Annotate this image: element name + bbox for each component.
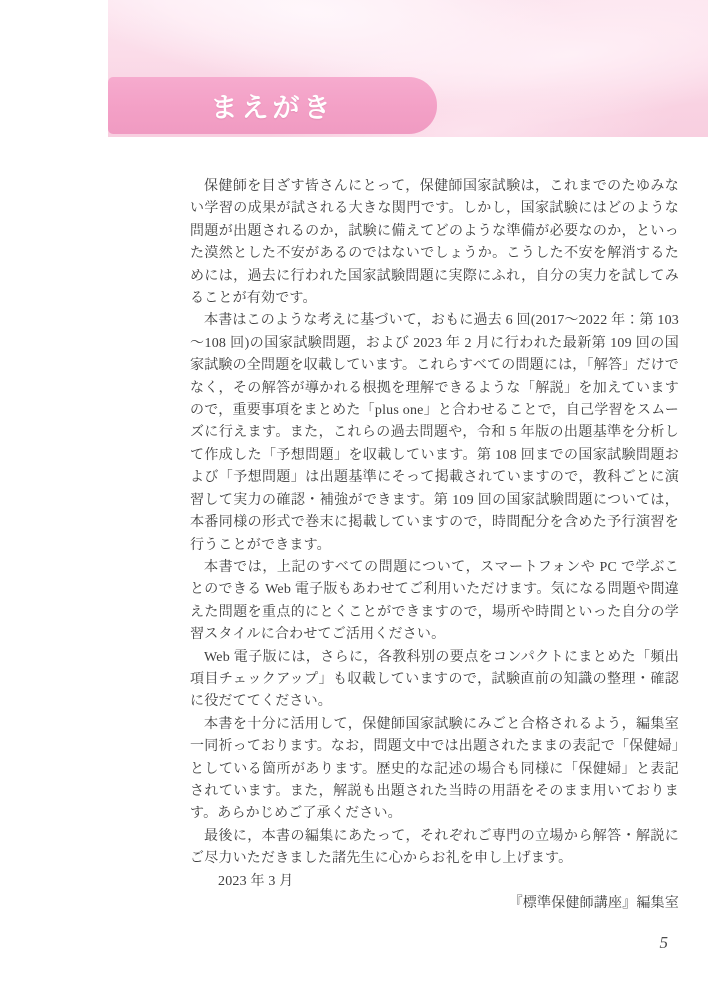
preface-body: 保健師を目ざす皆さんにとって，保健師国家試験は，これまでのたゆみない学習の成果が… — [190, 176, 679, 915]
date-line: 2023 年 3 月 — [190, 871, 679, 893]
signature-line: 『標準保健師講座』編集室 — [190, 893, 679, 915]
title-banner: まえがき — [108, 77, 437, 134]
page-number: 5 — [660, 933, 669, 953]
paragraph: 保健師を目ざす皆さんにとって，保健師国家試験は，これまでのたゆみない学習の成果が… — [190, 176, 679, 310]
paragraph: 本書を十分に活用して，保健師国家試験にみごと合格されるよう，編集室一同祈っており… — [190, 714, 679, 826]
paragraph: Web 電子版には，さらに，各教科別の要点をコンパクトにまとめた「頻出項目チェッ… — [190, 647, 679, 714]
paragraph: 最後に，本書の編集にあたって，それぞれご専門の立場から解答・解説にご尽力いただき… — [190, 826, 679, 871]
paragraph: 本書はこのような考えに基づいて，おもに過去 6 回(2017～2022 年：第 … — [190, 310, 679, 556]
paragraph: 本書では，上記のすべての問題について，スマートフォンや PC で学ぶことのできる… — [190, 557, 679, 647]
page-title: まえがき — [211, 86, 335, 125]
book-page: まえがき 保健師を目ざす皆さんにとって，保健師国家試験は，これまでのたゆみない学… — [0, 0, 708, 1000]
